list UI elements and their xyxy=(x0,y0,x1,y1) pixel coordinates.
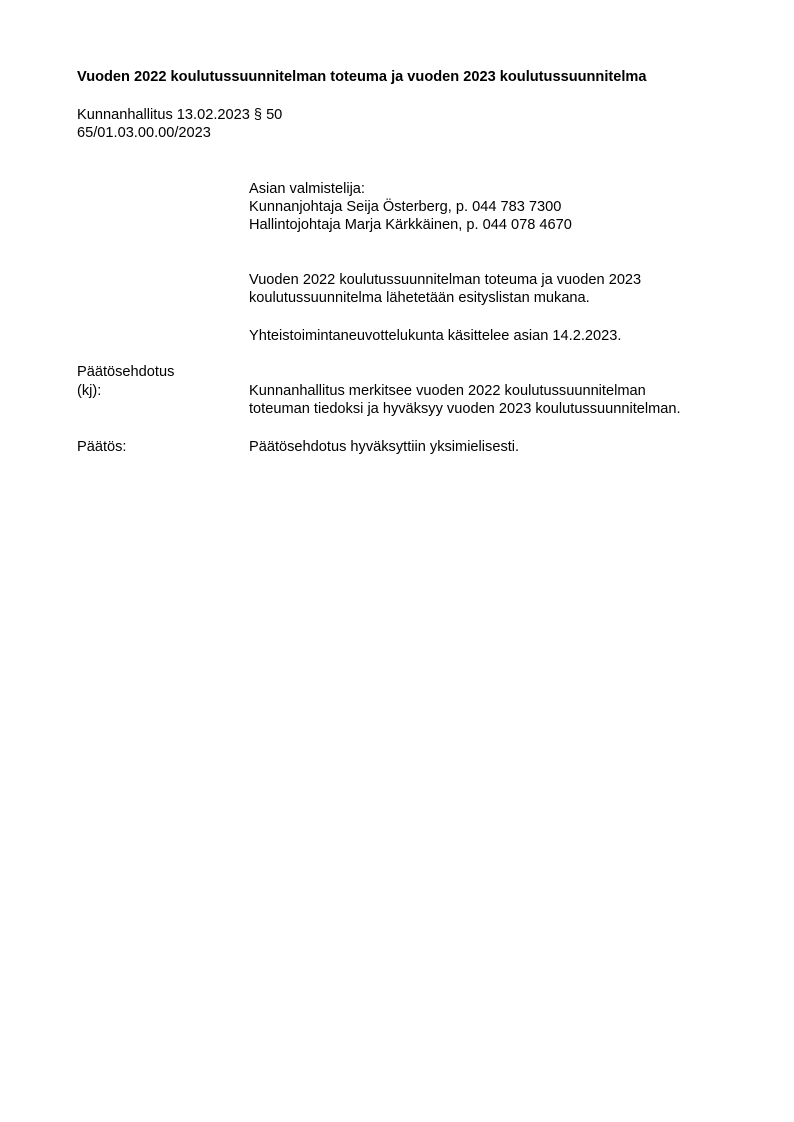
proposal-label-sub: (kj): xyxy=(77,382,101,400)
meeting-line: Kunnanhallitus 13.02.2023 § 50 xyxy=(77,106,282,124)
preparer-heading: Asian valmistelija: xyxy=(249,180,365,198)
record-number: 65/01.03.00.00/2023 xyxy=(77,124,211,142)
proposal-label: Päätösehdotus xyxy=(77,363,174,381)
proposal-text-line: Kunnanhallitus merkitsee vuoden 2022 kou… xyxy=(249,382,646,400)
body-paragraph: Yhteistoimintaneuvottelukunta käsittelee… xyxy=(249,327,621,345)
document-title: Vuoden 2022 koulutussuunnitelman toteuma… xyxy=(77,68,647,86)
preparer-line: Kunnanjohtaja Seija Österberg, p. 044 78… xyxy=(249,198,561,216)
preparer-line: Hallintojohtaja Marja Kärkkäinen, p. 044… xyxy=(249,216,572,234)
body-paragraph-line: Vuoden 2022 koulutussuunnitelman toteuma… xyxy=(249,271,641,289)
proposal-text-line: toteuman tiedoksi ja hyväksyy vuoden 202… xyxy=(249,400,681,418)
decision-label: Päätös: xyxy=(77,438,127,456)
body-paragraph-line: koulutussuunnitelma lähetetään esityslis… xyxy=(249,289,590,307)
decision-text: Päätösehdotus hyväksyttiin yksimielisest… xyxy=(249,438,519,456)
